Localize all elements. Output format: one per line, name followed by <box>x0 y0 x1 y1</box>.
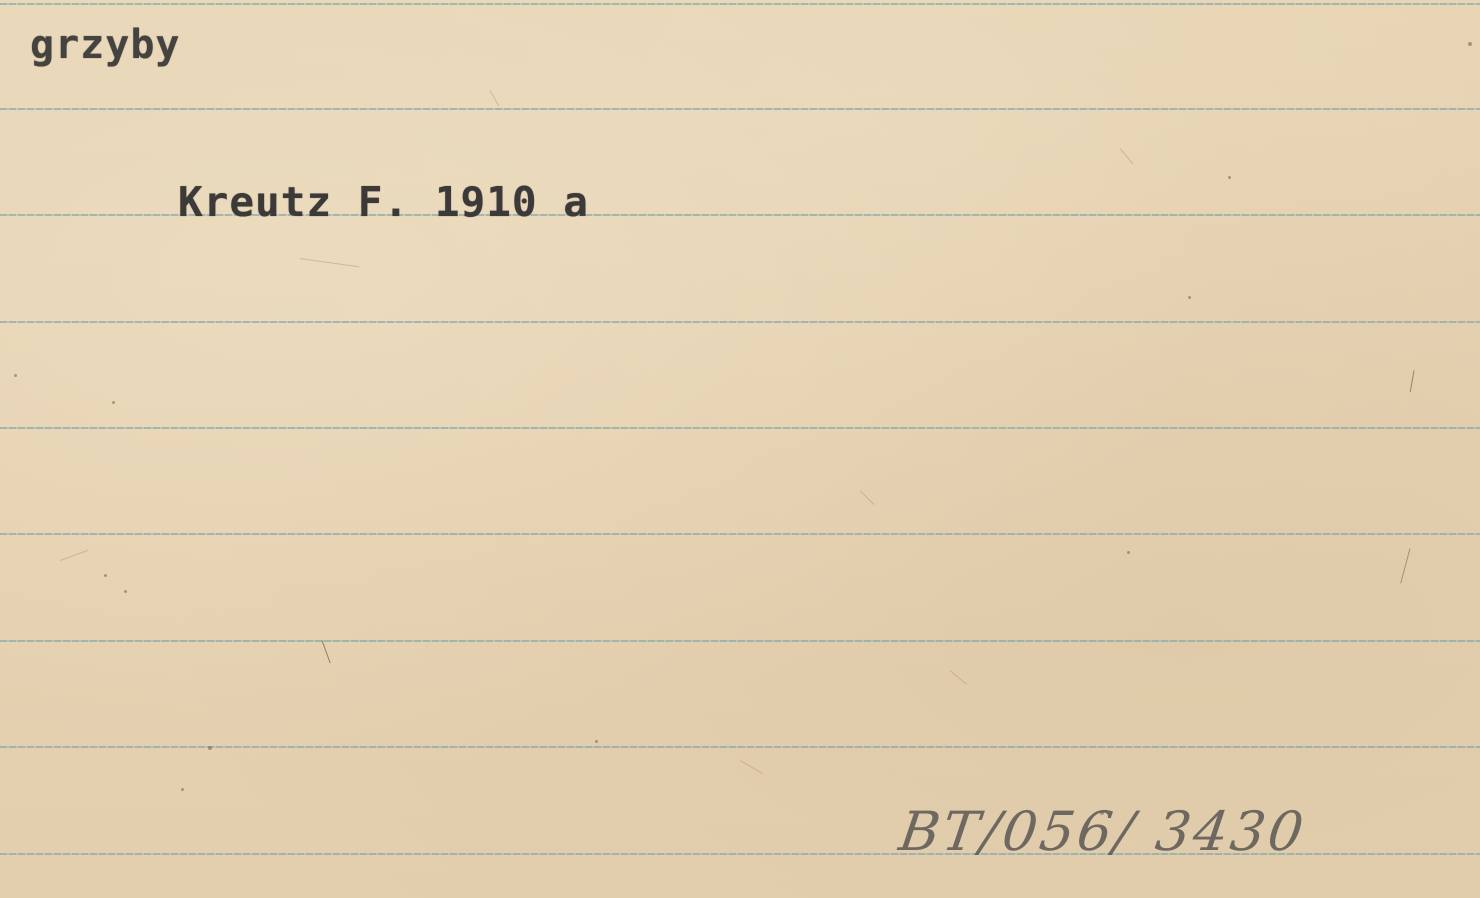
paper-fleck <box>1188 296 1191 299</box>
paper-fiber <box>1400 548 1410 583</box>
paper-fiber <box>300 258 360 267</box>
bibliographic-citation: Kreutz F. 1910 a <box>178 178 589 226</box>
paper-fleck <box>1228 176 1231 179</box>
paper-fleck <box>208 746 212 750</box>
paper-fleck <box>595 740 598 743</box>
index-card: grzyby Kreutz F. 1910 a BT/056/ 3430 <box>0 0 1480 898</box>
paper-fiber <box>322 640 331 663</box>
subject-heading: grzyby <box>30 22 181 68</box>
paper-fleck <box>1468 42 1472 46</box>
paper-fiber <box>860 490 875 505</box>
paper-fiber <box>1120 148 1134 164</box>
paper-fleck <box>181 788 184 791</box>
paper-fleck <box>112 401 115 404</box>
ruled-line <box>0 3 1480 5</box>
paper-fleck <box>14 374 17 377</box>
ruled-line <box>0 108 1480 110</box>
ruled-line <box>0 640 1480 642</box>
paper-fleck <box>124 590 127 593</box>
ruled-line <box>0 427 1480 429</box>
ruled-line <box>0 746 1480 748</box>
paper-fiber <box>490 90 500 106</box>
ruled-line <box>0 533 1480 535</box>
ruled-line <box>0 321 1480 323</box>
paper-fiber <box>740 760 763 774</box>
paper-fiber <box>950 670 967 685</box>
paper-fiber <box>1410 370 1415 392</box>
paper-fleck <box>104 574 107 577</box>
paper-fiber <box>60 550 89 561</box>
paper-fleck <box>1127 551 1130 554</box>
handwritten-catalog-number: BT/056/ 3430 <box>896 800 1311 863</box>
